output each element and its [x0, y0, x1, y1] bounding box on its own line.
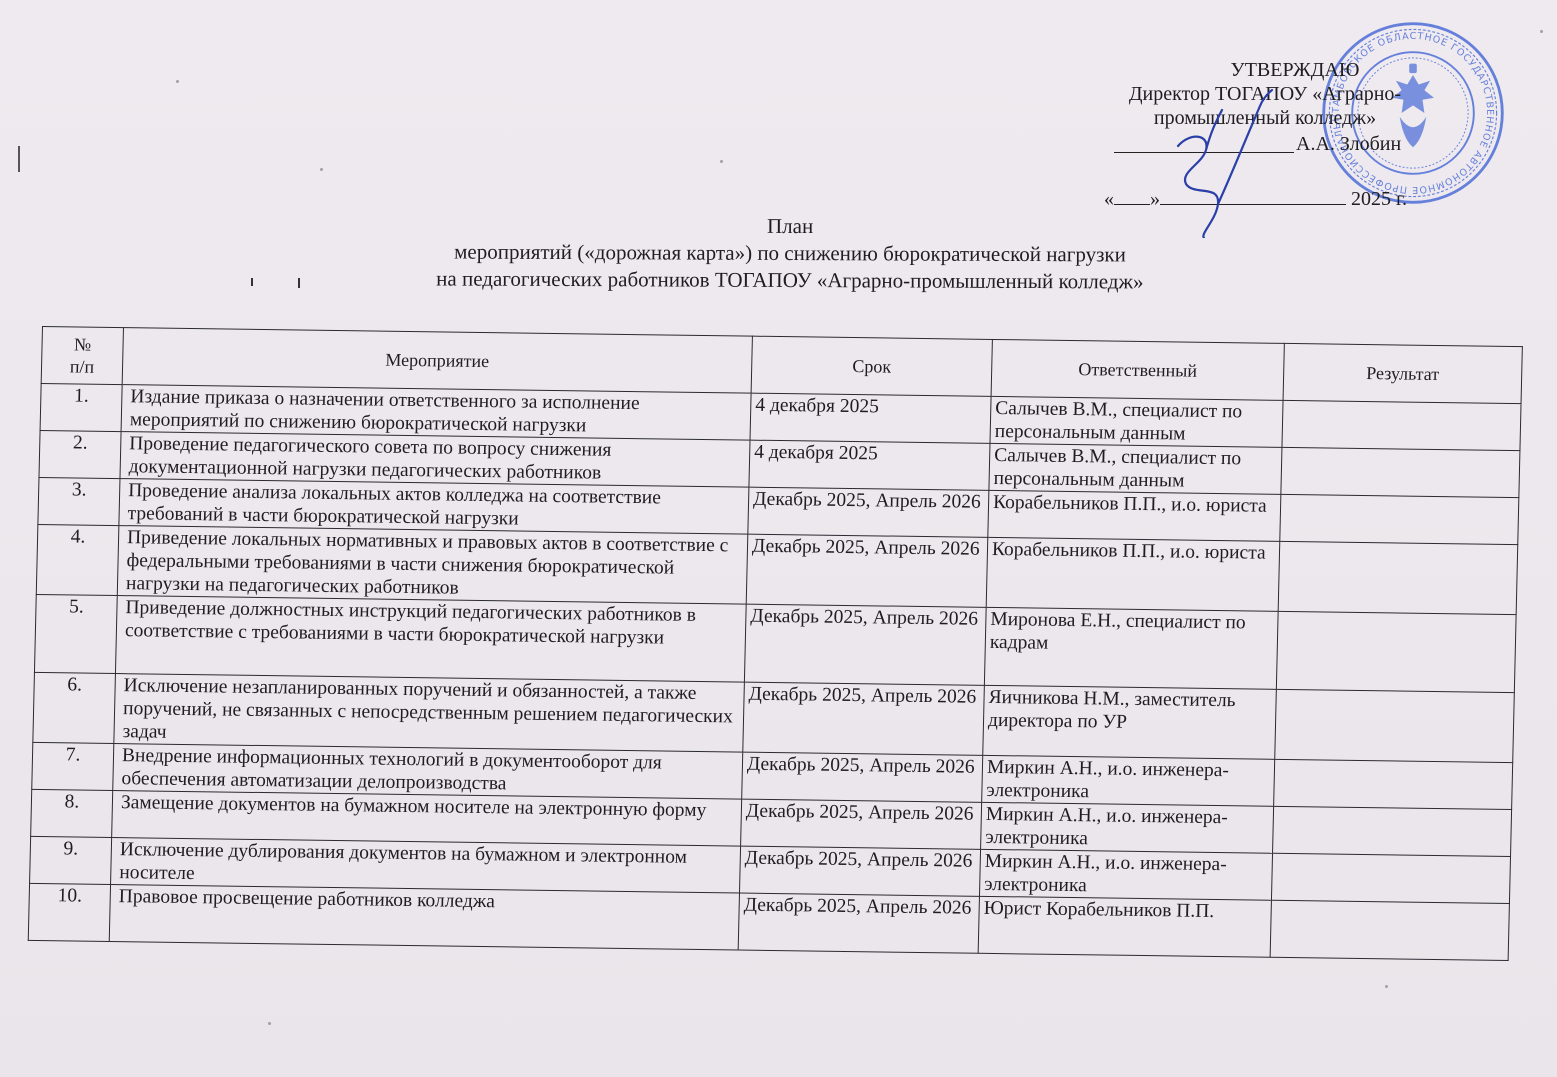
plan-table: № п/п Мероприятие Срок Ответственный Рез… [28, 326, 1523, 961]
row-result [1271, 853, 1510, 903]
row-event: Проведение анализа локальных актов колле… [119, 479, 749, 535]
row-event: Исключение дублирования документов на бу… [111, 837, 741, 893]
date-open-quote: « [1104, 188, 1114, 210]
row-result [1280, 494, 1519, 544]
row-term: Декабрь 2025, Апрель 2026 [742, 752, 983, 802]
row-event: Замещение документов на бумажном носител… [112, 791, 742, 847]
row-responsible: Юрист Корабельников П.П. [978, 896, 1271, 957]
row-result [1278, 541, 1518, 614]
row-term: Декабрь 2025, Апрель 2026 [743, 682, 985, 755]
row-term: Декабрь 2025, Апрель 2026 [739, 846, 980, 896]
row-term: 4 декабря 2025 [750, 393, 991, 443]
row-num: 9. [30, 836, 112, 884]
scan-speck [320, 168, 323, 171]
row-event: Проведение педагогического совета по воп… [120, 432, 750, 488]
row-result [1273, 806, 1512, 856]
row-responsible: Салычев В.М., специалист по персональным… [989, 443, 1282, 494]
header-term: Срок [751, 336, 992, 396]
row-responsible: Корабельников П.П., и.о. юриста [988, 490, 1281, 541]
row-result [1281, 447, 1520, 497]
row-responsible: Миркин А.Н., и.о. инженера-электроника [982, 755, 1275, 806]
row-responsible: Миронова Е.Н., специалист по кадрам [984, 607, 1278, 689]
scan-speck [268, 1022, 271, 1025]
row-term: Декабрь 2025, Апрель 2026 [738, 893, 979, 953]
scan-speck [176, 80, 179, 83]
scan-speck [720, 160, 723, 163]
approval-heading: УТВЕРЖДАЮ [1100, 58, 1430, 82]
row-term: Декабрь 2025, Апрель 2026 [744, 604, 986, 685]
header-result: Результат [1283, 343, 1522, 403]
scan-speck [1540, 30, 1543, 33]
title-line-3: на педагогических работников ТОГАПОУ «Аг… [260, 265, 1320, 297]
date-year: 2025 г. [1351, 188, 1407, 210]
scan-speck [1385, 985, 1388, 988]
row-result [1282, 400, 1521, 450]
header-responsible: Ответственный [991, 339, 1284, 400]
row-term: 4 декабря 2025 [749, 440, 990, 490]
header-event: Мероприятие [122, 328, 752, 394]
row-event: Приведение локальных нормативных и право… [117, 526, 748, 605]
row-num: 7. [32, 742, 114, 790]
handwritten-signature-icon [1160, 88, 1290, 238]
row-num: 1. [40, 383, 122, 431]
row-event: Правовое просвещение работников колледжа [109, 884, 739, 950]
row-event: Издание приказа о назначении ответственн… [121, 385, 751, 441]
date-close-quote: » [1150, 188, 1160, 210]
row-responsible: Корабельников П.П., и.о. юриста [986, 537, 1280, 611]
row-num: 8. [31, 789, 113, 837]
row-responsible: Миркин А.Н., и.о. инженера-электроника [981, 802, 1274, 853]
row-result [1274, 759, 1513, 809]
scan-mark [18, 146, 20, 172]
date-day-blank [1114, 186, 1150, 205]
approval-signer: А.А. Злобин [1296, 132, 1401, 156]
row-event: Исключение незапланированных поручений и… [114, 674, 745, 753]
row-num: 4. [36, 524, 119, 595]
header-num: № п/п [41, 327, 123, 385]
row-result [1270, 900, 1509, 960]
row-responsible: Миркин А.Н., и.о. инженера-электроника [979, 849, 1272, 900]
plan-table-container: № п/п Мероприятие Срок Ответственный Рез… [28, 326, 1522, 961]
header-num-symbol: № [74, 334, 92, 354]
document-page: ТАМБОВСКОЕ ОБЛАСТНОЕ ГОСУДАРСТВЕННОЕ АВТ… [0, 0, 1557, 1077]
row-result [1276, 611, 1516, 692]
row-term: Декабрь 2025, Апрель 2026 [746, 534, 988, 607]
row-result [1275, 689, 1515, 762]
row-term: Декабрь 2025, Апрель 2026 [748, 487, 989, 537]
row-event: Приведение должностных инструкций педаго… [115, 596, 746, 683]
row-num: 6. [33, 672, 116, 743]
row-responsible: Салычев В.М., специалист по персональным… [990, 396, 1283, 447]
header-num-label: п/п [70, 356, 95, 376]
row-event: Внедрение информационных технологий в до… [113, 744, 743, 800]
row-num: 10. [28, 883, 110, 941]
scan-mark [251, 278, 253, 286]
row-term: Декабрь 2025, Апрель 2026 [741, 799, 982, 849]
row-responsible: Яичникова Н.М., заместитель директора по… [983, 685, 1277, 759]
row-num: 2. [39, 430, 121, 478]
row-num: 5. [34, 594, 117, 673]
row-num: 3. [38, 477, 120, 525]
